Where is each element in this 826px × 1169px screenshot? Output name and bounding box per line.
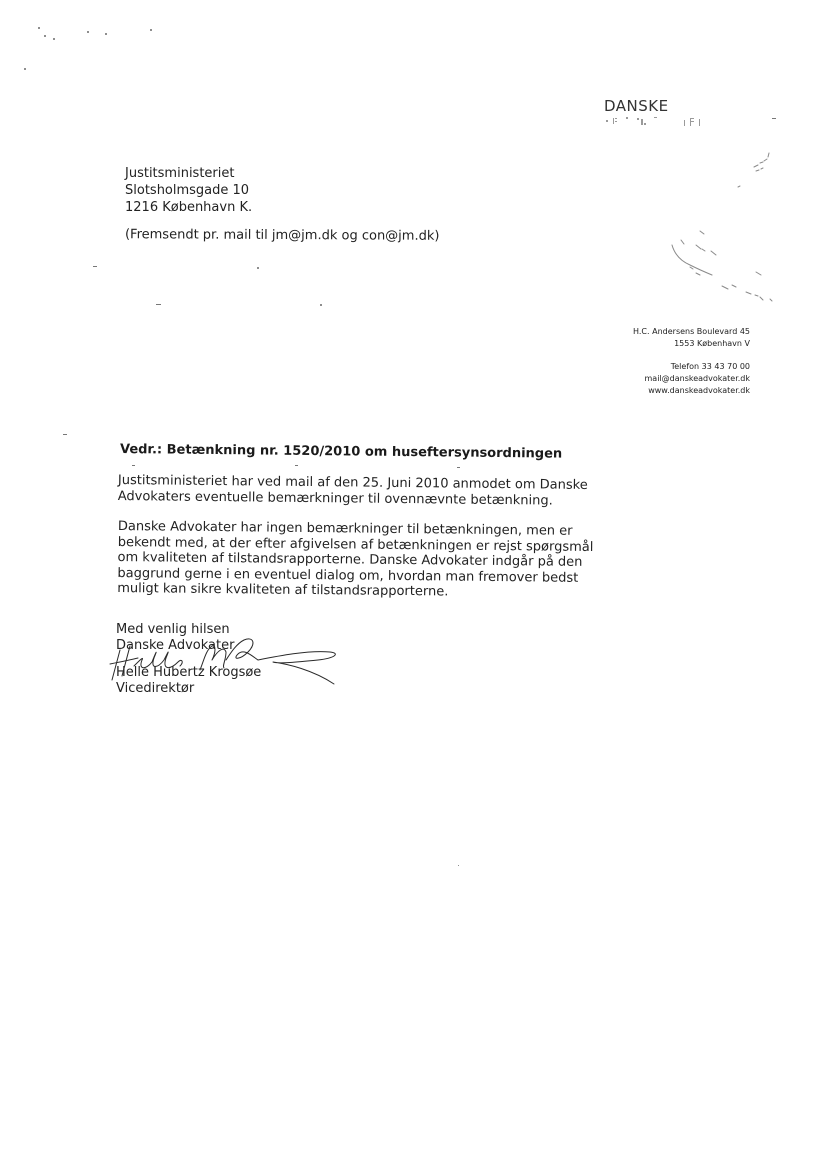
scan-artifact <box>93 266 97 267</box>
spacer <box>633 350 750 361</box>
scan-artifact <box>150 29 152 31</box>
sender-street: H.C. Andersens Boulevard 45 <box>633 326 750 338</box>
signatory-title: Vicedirektør <box>116 681 261 697</box>
scan-artifact <box>257 267 259 269</box>
scan-artifact <box>24 68 26 70</box>
sender-phone: Telefon 33 43 70 00 <box>633 361 750 373</box>
letter-subject: Vedr.: Betænkning nr. 1520/2010 om husef… <box>120 442 562 462</box>
sender-website: www.danskeadvokater.dk <box>633 385 750 397</box>
body-paragraph-1: Justitsministeriet har ved mail af den 2… <box>118 473 588 509</box>
spacer <box>116 654 261 665</box>
scan-artifact <box>105 33 107 35</box>
sender-email: mail@danskeadvokater.dk <box>633 373 750 385</box>
sender-city: 1553 København V <box>633 338 750 350</box>
scan-artifact <box>53 38 55 40</box>
stamp-residue-icon <box>660 145 790 305</box>
scan-artifact <box>63 434 67 435</box>
letter-closing: Med venlig hilsen Danske Advokater Helle… <box>116 622 261 697</box>
letter-page: DANSKE <box>0 0 826 1169</box>
faded-logo-subtext-icon <box>604 115 724 129</box>
scan-artifact <box>772 118 776 119</box>
letterhead-logo-subtext <box>604 115 724 132</box>
sender-address: H.C. Andersens Boulevard 45 1553 Københa… <box>633 326 750 397</box>
closing-organization: Danske Advokater <box>116 638 261 654</box>
recipient-street: Slotsholmsgade 10 <box>125 182 252 199</box>
letterhead-logo: DANSKE <box>604 97 669 115</box>
scan-artifact <box>458 865 459 866</box>
recipient-address: Justitsministeriet Slotsholmsgade 10 121… <box>125 165 252 216</box>
scan-artifact <box>44 35 46 37</box>
scan-artifact <box>457 467 460 468</box>
scan-artifact <box>156 304 161 305</box>
recipient-city: 1216 København K. <box>125 199 252 216</box>
body-paragraph-2: Danske Advokater har ingen bemærkninger … <box>117 519 593 601</box>
scan-artifact <box>38 27 40 29</box>
scan-artifact <box>87 31 89 33</box>
recipient-name: Justitsministeriet <box>125 165 252 182</box>
scan-artifact <box>295 465 298 466</box>
forward-note: (Fremsendt pr. mail til jm@jm.dk og con@… <box>125 227 440 244</box>
scan-artifact <box>320 304 322 306</box>
closing-greeting: Med venlig hilsen <box>116 622 261 638</box>
signatory-name: Helle Hubertz Krogsøe <box>116 665 261 681</box>
scan-artifact <box>132 465 135 466</box>
